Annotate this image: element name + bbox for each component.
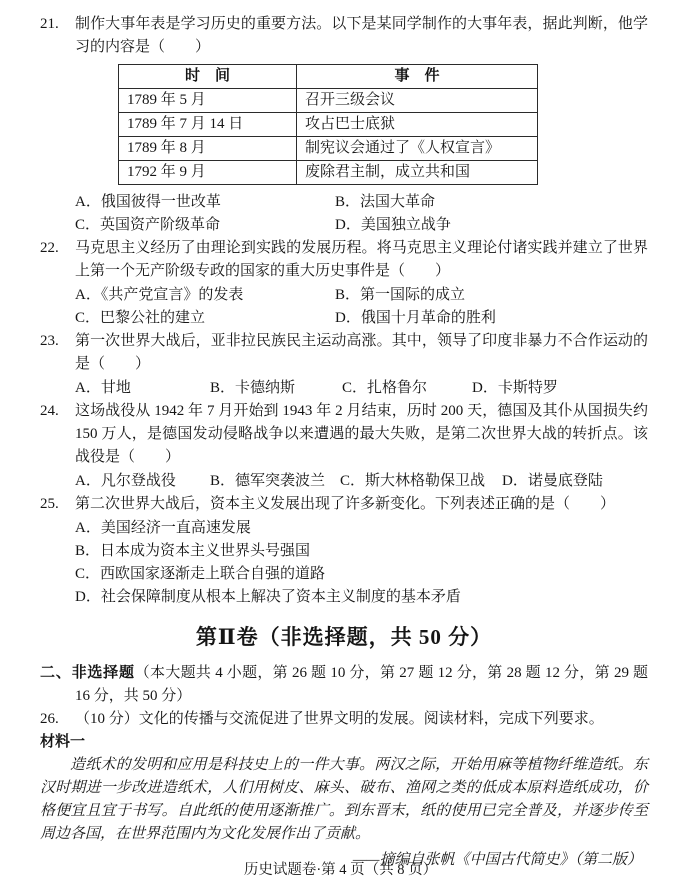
table-row: 1789 年 8 月 制宪议会通过了《人权宣言》 [119, 137, 538, 161]
option-b: B．法国大革命 [335, 191, 648, 214]
table-cell-time: 1789 年 7 月 14 日 [119, 113, 297, 137]
table-header-time: 时 间 [119, 65, 297, 89]
option-c: C．巴黎公社的建立 [75, 307, 335, 330]
question-22-options: A．《共产党宣言》的发表 B．第一国际的成立 C．巴黎公社的建立 D．俄国十月革… [75, 284, 648, 330]
table-cell-event: 召开三级会议 [297, 89, 538, 113]
option-a: A．凡尔登战役 [75, 470, 210, 493]
table-cell-event: 废除君主制，成立共和国 [297, 161, 538, 185]
question-22-text: 马克思主义经历了由理论到实践的发展历程。将马克思主义理论付诸实践并建立了世界上第… [75, 237, 648, 283]
material-1-label: 材料一 [40, 731, 648, 754]
option-b: B．卡德纳斯 [210, 377, 342, 400]
question-26-text: （10 分）文化的传播与交流促进了世界文明的发展。阅读材料，完成下列要求。 [75, 708, 648, 731]
option-a: A．《共产党宣言》的发表 [75, 284, 335, 307]
question-22: 22. 马克思主义经历了由理论到实践的发展历程。将马克思主义理论付诸实践并建立了… [40, 237, 648, 330]
material-1-text: 造纸术的发明和应用是科技史上的一件大事。两汉之际，开始用麻等植物纤维造纸。东汉时… [40, 754, 648, 846]
option-c: C．扎格鲁尔 [342, 377, 472, 400]
option-d: D．美国独立战争 [335, 214, 648, 237]
table-row: 1789 年 5 月 召开三级会议 [119, 89, 538, 113]
option-c: C．斯大林格勒保卫战 [340, 470, 502, 493]
section-2-intro: 二、非选择题（本大题共 4 小题，第 26 题 10 分，第 27 题 12 分… [40, 662, 648, 708]
section-2-heading: 第Ⅱ卷（非选择题，共 50 分） [40, 624, 648, 650]
question-23-options: A．甘地 B．卡德纳斯 C．扎格鲁尔 D．卡斯特罗 [75, 377, 648, 400]
question-22-number: 22. [40, 237, 75, 260]
option-c: C．西欧国家逐渐走上联合自强的道路 [75, 563, 648, 586]
section-2-intro-text: （本大题共 4 小题，第 26 题 10 分，第 27 题 12 分，第 28 … [75, 665, 648, 704]
table-header-event: 事 件 [297, 65, 538, 89]
question-26: 26. （10 分）文化的传播与交流促进了世界文明的发展。阅读材料，完成下列要求… [40, 708, 648, 731]
question-25: 25. 第二次世界大战后，资本主义发展出现了许多新变化。下列表述正确的是（ ） … [40, 493, 648, 609]
page-footer: 历史试题卷·第 4 页（共 8 页） [0, 859, 681, 882]
question-21-number: 21. [40, 13, 75, 36]
question-21: 21. 制作大事年表是学习历史的重要方法。以下是某同学制作的大事年表，据此判断，… [40, 13, 648, 237]
option-a: A．甘地 [75, 377, 210, 400]
option-d: D．卡斯特罗 [472, 377, 648, 400]
option-a: A．美国经济一直高速发展 [75, 517, 648, 540]
table-cell-time: 1789 年 8 月 [119, 137, 297, 161]
question-23-text: 第一次世界大战后，亚非拉民族民主运动高涨。其中，领导了印度非暴力不合作运动的是（… [75, 330, 648, 376]
question-25-number: 25. [40, 493, 75, 516]
option-d: D．社会保障制度从根本上解决了资本主义制度的基本矛盾 [75, 586, 648, 609]
option-b: B．德军突袭波兰 [210, 470, 340, 493]
exam-page: 21. 制作大事年表是学习历史的重要方法。以下是某同学制作的大事年表，据此判断，… [0, 0, 681, 895]
question-24-number: 24. [40, 400, 75, 423]
option-a: A．俄国彼得一世改革 [75, 191, 335, 214]
table-cell-event: 制宪议会通过了《人权宣言》 [297, 137, 538, 161]
table-cell-time: 1789 年 5 月 [119, 89, 297, 113]
question-25-options: A．美国经济一直高速发展 B．日本成为资本主义世界头号强国 C．西欧国家逐渐走上… [75, 517, 648, 609]
question-24-text: 这场战役从 1942 年 7 月开始到 1943 年 2 月结束，历时 200 … [75, 400, 648, 469]
events-table: 时 间 事 件 1789 年 5 月 召开三级会议 1789 年 7 月 14 … [118, 64, 538, 185]
table-header-row: 时 间 事 件 [119, 65, 538, 89]
question-23: 23. 第一次世界大战后，亚非拉民族民主运动高涨。其中，领导了印度非暴力不合作运… [40, 330, 648, 400]
question-24-options: A．凡尔登战役 B．德军突袭波兰 C．斯大林格勒保卫战 D．诺曼底登陆 [75, 470, 648, 493]
option-d: D．俄国十月革命的胜利 [335, 307, 648, 330]
option-b: B．第一国际的成立 [335, 284, 648, 307]
question-23-number: 23. [40, 330, 75, 353]
table-cell-event: 攻占巴士底狱 [297, 113, 538, 137]
question-24: 24. 这场战役从 1942 年 7 月开始到 1943 年 2 月结束，历时 … [40, 400, 648, 493]
option-b: B．日本成为资本主义世界头号强国 [75, 540, 648, 563]
section-2-intro-label: 二、非选择题 [40, 665, 135, 681]
question-21-options: A．俄国彼得一世改革 B．法国大革命 C．英国资产阶级革命 D．美国独立战争 [75, 191, 648, 237]
question-25-text: 第二次世界大战后，资本主义发展出现了许多新变化。下列表述正确的是（ ） [75, 493, 648, 516]
question-21-text: 制作大事年表是学习历史的重要方法。以下是某同学制作的大事年表，据此判断，他学习的… [75, 13, 648, 59]
option-c: C．英国资产阶级革命 [75, 214, 335, 237]
question-26-number: 26. [40, 708, 75, 731]
table-cell-time: 1792 年 9 月 [119, 161, 297, 185]
table-row: 1792 年 9 月 废除君主制，成立共和国 [119, 161, 538, 185]
option-d: D．诺曼底登陆 [502, 470, 648, 493]
table-row: 1789 年 7 月 14 日 攻占巴士底狱 [119, 113, 538, 137]
